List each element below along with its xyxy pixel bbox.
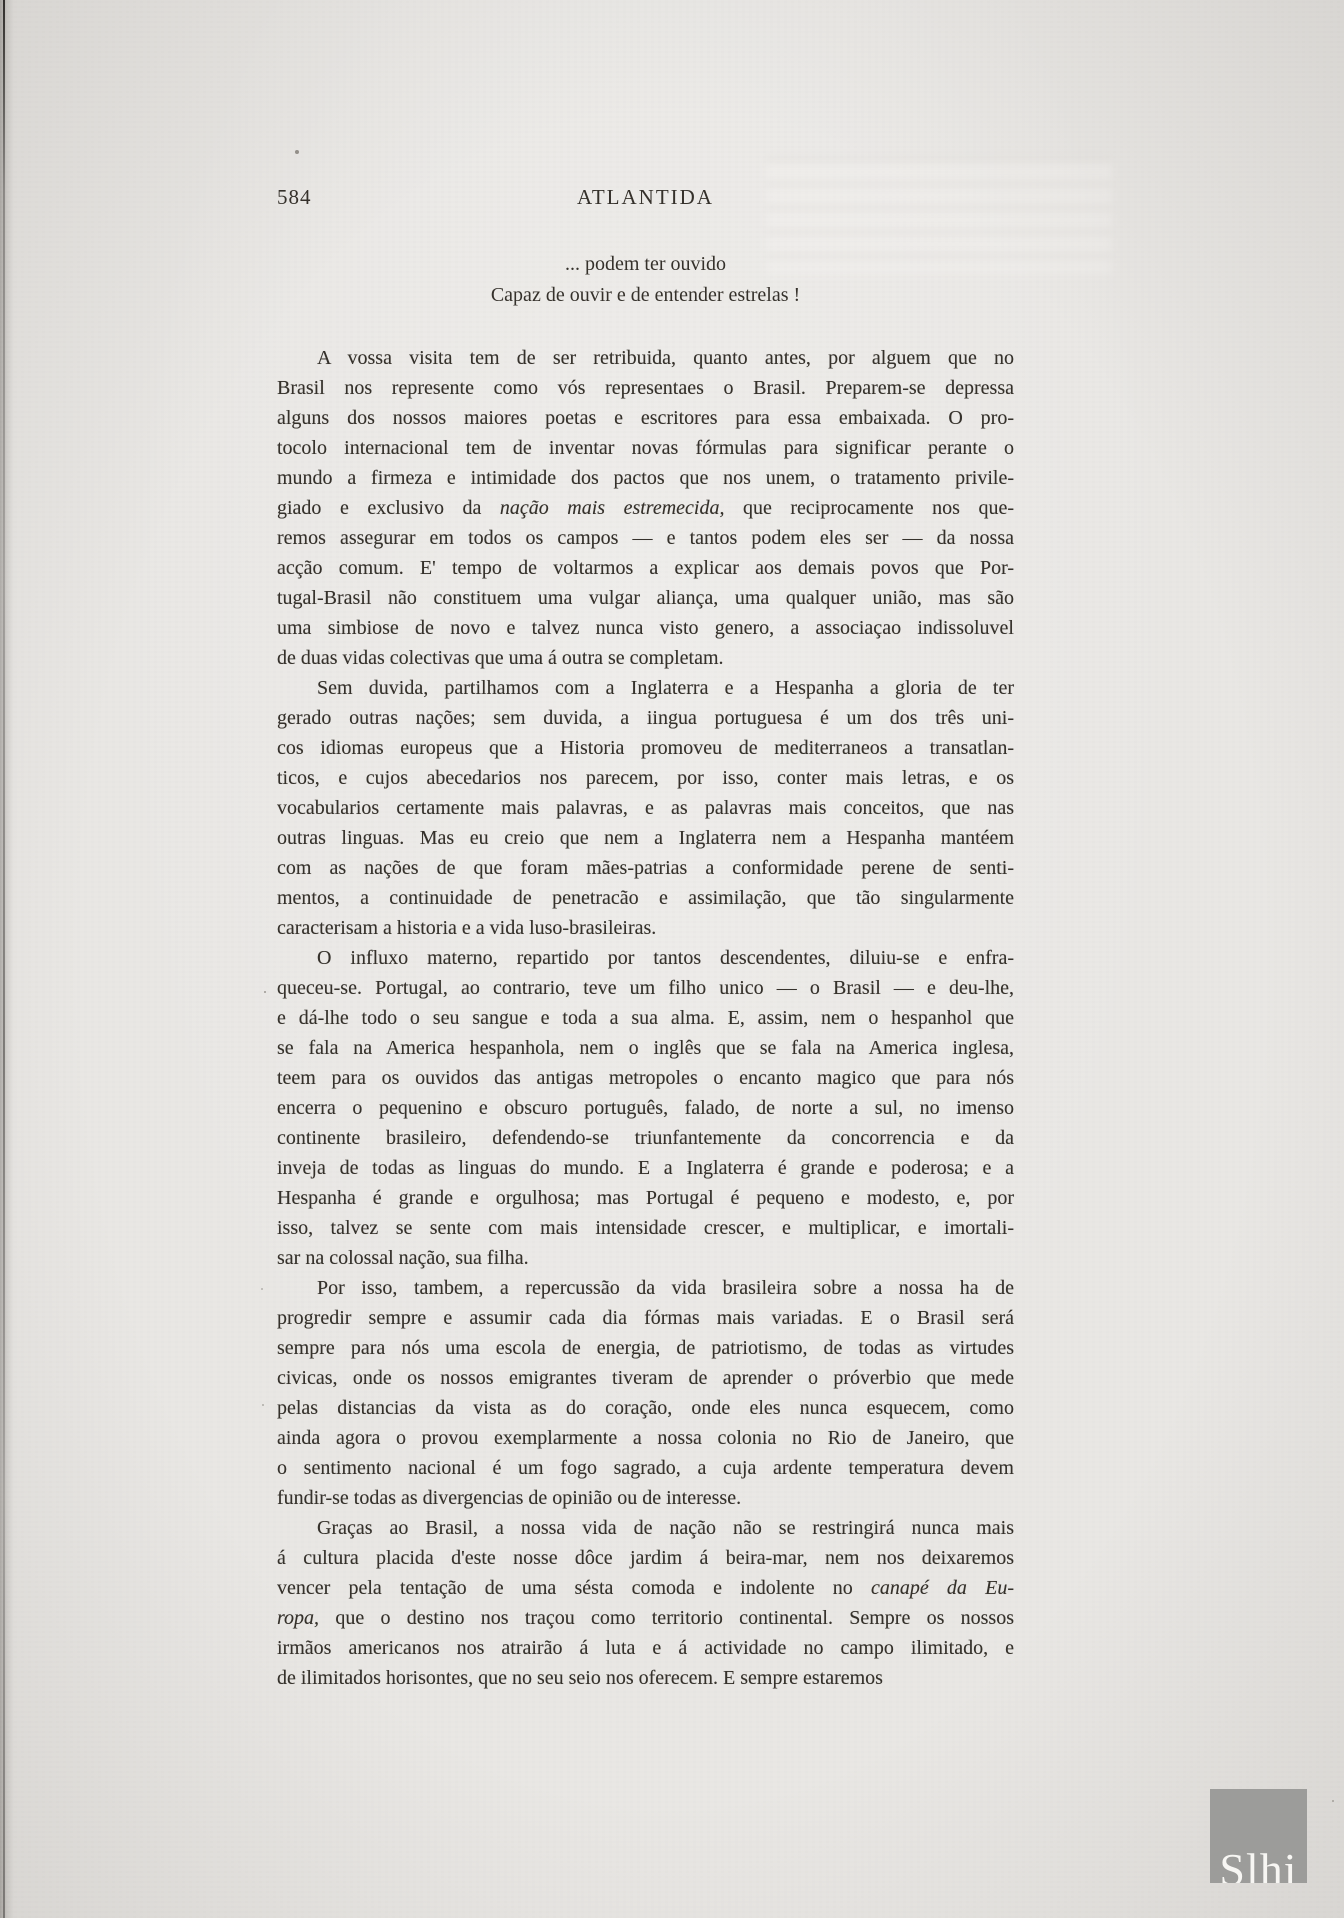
text-line: mentos, a continuidade de penetracão e a… [277, 883, 1014, 913]
text-line: Por isso, tambem, a repercussão da vida … [277, 1273, 1014, 1303]
text-segment: vencer pela tentação de uma sésta comoda… [277, 1577, 871, 1599]
text-segment: isso, talvez se sente com mais intensida… [277, 1217, 1014, 1239]
scan-page: 584 ATLANTIDA ... podem ter ouvido Capaz… [0, 0, 1344, 1918]
text-segment: que o destino nos traçou como territorio… [319, 1607, 1014, 1629]
text-segment: O influxo materno, repartido por tantos … [317, 947, 1014, 969]
text-line: o sentimento nacional é um fogo sagrado,… [277, 1453, 1014, 1483]
text-segment: remos assegurar em todos os campos — e t… [277, 527, 1014, 549]
text-segment: Por isso, tambem, a repercussão da vida … [317, 1277, 1014, 1299]
text-line: cos idiomas europeus que a Historia prom… [277, 733, 1014, 763]
text-line: uma simbiose de novo e talvez nunca vist… [277, 613, 1014, 643]
text-segment: de ilimitados horisontes, que no seu sei… [277, 1667, 883, 1689]
paragraph: Graças ao Brasil, a nossa vida de nação … [277, 1513, 1014, 1693]
italic-text-segment: canapé da Eu- [871, 1577, 1014, 1599]
text-line: Sem duvida, partilhamos com a Inglaterra… [277, 673, 1014, 703]
text-segment: fundir-se todas as divergencias de opini… [277, 1487, 741, 1509]
page-header: 584 ATLANTIDA [277, 185, 1014, 211]
text-segment: acção comum. E' tempo de voltarmos a exp… [277, 557, 1014, 579]
text-line: tocolo internacional tem de inventar nov… [277, 433, 1014, 463]
text-line: acção comum. E' tempo de voltarmos a exp… [277, 553, 1014, 583]
text-line: giado e exclusivo da nação mais estremec… [277, 493, 1014, 523]
text-line: caracterisam a historia e a vida luso-br… [277, 913, 1014, 943]
text-line: ainda agora o provou exemplarmente a nos… [277, 1423, 1014, 1453]
text-line: civicas, onde os nossos emigrantes tiver… [277, 1363, 1014, 1393]
text-segment: e dá-lhe todo o seu sangue e toda a sua … [277, 1007, 1014, 1029]
text-line: remos assegurar em todos os campos — e t… [277, 523, 1014, 553]
epigraph-line-1: ... podem ter ouvido [277, 249, 1014, 280]
text-segment: uma simbiose de novo e talvez nunca vist… [277, 617, 1014, 639]
text-line: sar na colossal nação, sua filha. [277, 1243, 1014, 1273]
text-segment: alguns dos nossos maiores poetas e escri… [277, 407, 1014, 429]
text-line: alguns dos nossos maiores poetas e escri… [277, 403, 1014, 433]
text-segment: á cultura placida d'este nosse dôce jard… [277, 1547, 1014, 1569]
text-segment: vocabularios certamente mais palavras, e… [277, 797, 1014, 819]
text-line: continente brasileiro, defendendo-se tri… [277, 1123, 1014, 1153]
text-segment: encerra o pequenino e obscuro português,… [277, 1097, 1014, 1119]
text-segment: pelas distancias da vista as do coração,… [277, 1397, 1014, 1419]
text-line: e dá-lhe todo o seu sangue e toda a sua … [277, 1003, 1014, 1033]
text-line: inveja de todas as linguas do mundo. E a… [277, 1153, 1014, 1183]
text-line: á cultura placida d'este nosse dôce jard… [277, 1543, 1014, 1573]
text-segment: queceu-se. Portugal, ao contrario, teve … [277, 977, 1014, 999]
text-line: de ilimitados horisontes, que no seu sei… [277, 1663, 1014, 1693]
paragraph: O influxo materno, repartido por tantos … [277, 943, 1014, 1273]
text-segment: irmãos americanos nos atrairão á luta e … [277, 1637, 1014, 1659]
watermark-badge: Slhi [1210, 1789, 1307, 1883]
text-line: pelas distancias da vista as do coração,… [277, 1393, 1014, 1423]
text-line: Brasil nos represente como vós represent… [277, 373, 1014, 403]
text-segment: giado e exclusivo da [277, 497, 500, 519]
text-segment: gerado outras nações; sem duvida, a iing… [277, 707, 1014, 729]
text-line: queceu-se. Portugal, ao contrario, teve … [277, 973, 1014, 1003]
text-line: teem para os ouvidos das antigas metropo… [277, 1063, 1014, 1093]
text-line: mundo a firmeza e intimidade dos pactos … [277, 463, 1014, 493]
text-line: encerra o pequenino e obscuro português,… [277, 1093, 1014, 1123]
text-line: sempre para nós uma escola de energia, d… [277, 1333, 1014, 1363]
text-line: de duas vidas colectivas que uma á outra… [277, 643, 1014, 673]
text-segment: outras linguas. Mas eu creio que nem a I… [277, 827, 1014, 849]
text-line: O influxo materno, repartido por tantos … [277, 943, 1014, 973]
italic-text-segment: nação mais estremecida, [500, 497, 725, 519]
paragraph: A vossa visita tem de ser retribuida, qu… [277, 343, 1014, 673]
watermark-label: Slhi [1219, 1847, 1297, 1883]
text-segment: cos idiomas europeus que a Historia prom… [277, 737, 1014, 759]
text-line: gerado outras nações; sem duvida, a iing… [277, 703, 1014, 733]
text-segment: ticos, e cujos abecedarios nos parecem, … [277, 767, 1014, 789]
text-line: isso, talvez se sente com mais intensida… [277, 1213, 1014, 1243]
text-segment: de duas vidas colectivas que uma á outra… [277, 647, 724, 669]
text-segment: progredir sempre e assumir cada dia fórm… [277, 1307, 1014, 1329]
text-line: ropa, que o destino nos traçou como terr… [277, 1603, 1014, 1633]
text-segment: teem para os ouvidos das antigas metropo… [277, 1067, 1014, 1089]
text-segment: caracterisam a historia e a vida luso-br… [277, 917, 656, 939]
book-spine-line [3, 0, 5, 1918]
text-segment: se fala na America hespanhola, nem o ing… [277, 1037, 1014, 1059]
text-line: irmãos americanos nos atrairão á luta e … [277, 1633, 1014, 1663]
text-line: ticos, e cujos abecedarios nos parecem, … [277, 763, 1014, 793]
text-line: fundir-se todas as divergencias de opini… [277, 1483, 1014, 1513]
text-segment: Graças ao Brasil, a nossa vida de nação … [317, 1517, 1014, 1539]
text-segment: A vossa visita tem de ser retribuida, qu… [317, 347, 1014, 369]
text-line: Hespanha é grande e orgulhosa; mas Portu… [277, 1183, 1014, 1213]
paper-specks [0, 0, 2, 2]
text-segment: Hespanha é grande e orgulhosa; mas Portu… [277, 1187, 1014, 1209]
text-segment: continente brasileiro, defendendo-se tri… [277, 1127, 1014, 1149]
text-segment: mentos, a continuidade de penetracão e a… [277, 887, 1014, 909]
text-line: vocabularios certamente mais palavras, e… [277, 793, 1014, 823]
text-segment: sempre para nós uma escola de energia, d… [277, 1337, 1014, 1359]
paragraph: Por isso, tambem, a repercussão da vida … [277, 1273, 1014, 1513]
journal-title: ATLANTIDA [277, 185, 1014, 210]
text-segment: inveja de todas as linguas do mundo. E a… [277, 1157, 1014, 1179]
page-number: 584 [277, 185, 312, 210]
text-line: tugal-Brasil não constituem uma vulgar a… [277, 583, 1014, 613]
italic-text-segment: ropa, [277, 1607, 319, 1629]
text-line: Graças ao Brasil, a nossa vida de nação … [277, 1513, 1014, 1543]
text-segment: sar na colossal nação, sua filha. [277, 1247, 529, 1269]
text-segment: ainda agora o provou exemplarmente a nos… [277, 1427, 1014, 1449]
text-segment: mundo a firmeza e intimidade dos pactos … [277, 467, 1014, 489]
text-line: outras linguas. Mas eu creio que nem a I… [277, 823, 1014, 853]
epigraph-line-2: Capaz de ouvir e de entender estrelas ! [277, 280, 1014, 311]
text-line: A vossa visita tem de ser retribuida, qu… [277, 343, 1014, 373]
text-line: progredir sempre e assumir cada dia fórm… [277, 1303, 1014, 1333]
paragraph: Sem duvida, partilhamos com a Inglaterra… [277, 673, 1014, 943]
text-line: se fala na America hespanhola, nem o ing… [277, 1033, 1014, 1063]
text-segment: o sentimento nacional é um fogo sagrado,… [277, 1457, 1014, 1479]
text-segment: tugal-Brasil não constituem uma vulgar a… [277, 587, 1014, 609]
epigraph: ... podem ter ouvido Capaz de ouvir e de… [277, 249, 1014, 311]
text-segment: que reciprocamente nos que- [724, 497, 1014, 519]
text-segment: com as nações de que foram mães-patrias … [277, 857, 1014, 879]
text-segment: civicas, onde os nossos emigrantes tiver… [277, 1367, 1014, 1389]
body-text: A vossa visita tem de ser retribuida, qu… [277, 343, 1014, 1693]
text-line: vencer pela tentação de uma sésta comoda… [277, 1573, 1014, 1603]
text-segment: tocolo internacional tem de inventar nov… [277, 437, 1014, 459]
text-line: com as nações de que foram mães-patrias … [277, 853, 1014, 883]
text-segment: Brasil nos represente como vós represent… [277, 377, 1014, 399]
text-segment: Sem duvida, partilhamos com a Inglaterra… [317, 677, 1014, 699]
